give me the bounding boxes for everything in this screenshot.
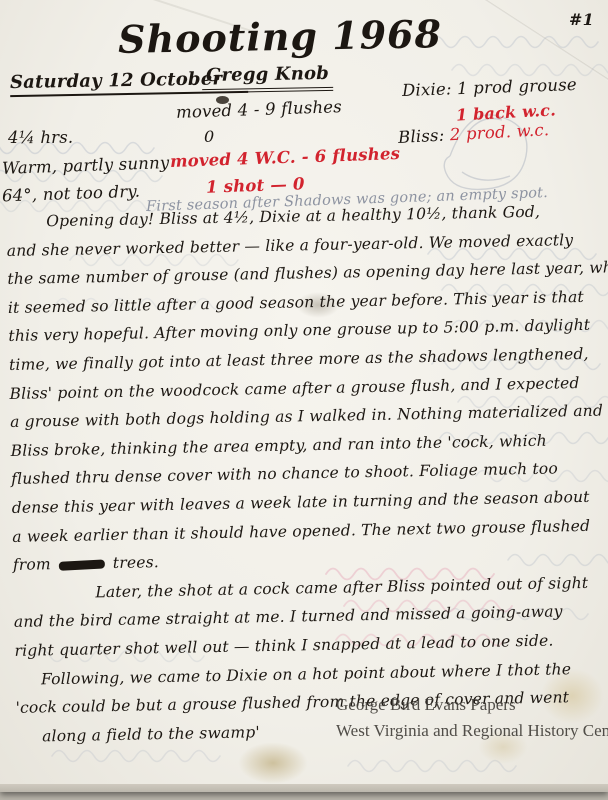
tally-moved: moved 4 - 9 flushes xyxy=(176,97,342,122)
location-heading: Gregg Knob xyxy=(202,63,334,93)
bliss-label: Bliss: xyxy=(398,126,445,147)
strike-prefix: from xyxy=(13,555,51,574)
page-number: #1 xyxy=(569,10,594,29)
dixie-tally: Dixie: 1 prod grouse xyxy=(402,75,577,100)
dixie-label: Dixie: xyxy=(402,79,452,100)
scan-edge-shadow xyxy=(0,784,608,792)
condition-weather: Warm, partly sunny xyxy=(2,153,170,178)
dixie-value: 1 prod grouse xyxy=(457,75,577,98)
scribbled-out-word xyxy=(59,559,105,570)
archive-stamp: George Bird Evans Papers West Virginia a… xyxy=(336,692,608,744)
paper-stain xyxy=(238,742,308,784)
page-title: Shooting 1968 xyxy=(0,9,560,64)
archive-stamp-line1: George Bird Evans Papers xyxy=(336,692,608,718)
archive-stamp-line2: West Virginia and Regional History Cente… xyxy=(336,718,608,744)
tally-zero: 0 xyxy=(204,127,214,146)
condition-temperature: 64°, not too dry. xyxy=(2,182,141,206)
strike-suffix: trees. xyxy=(113,553,159,572)
journal-entry-body: Opening day! Bliss at 4½, Dixie at a hea… xyxy=(6,196,608,751)
condition-hours: 4¼ hrs. xyxy=(8,128,73,147)
bliss-value-red: 2 prod. w.c. xyxy=(449,120,549,144)
journal-page: #1 Shooting 1968 Saturday 12 October Gre… xyxy=(0,0,608,792)
bliss-tally: Bliss: 2 prod. w.c. xyxy=(398,120,550,147)
tally-moved-red: moved 4 W.C. - 6 flushes xyxy=(170,144,401,171)
